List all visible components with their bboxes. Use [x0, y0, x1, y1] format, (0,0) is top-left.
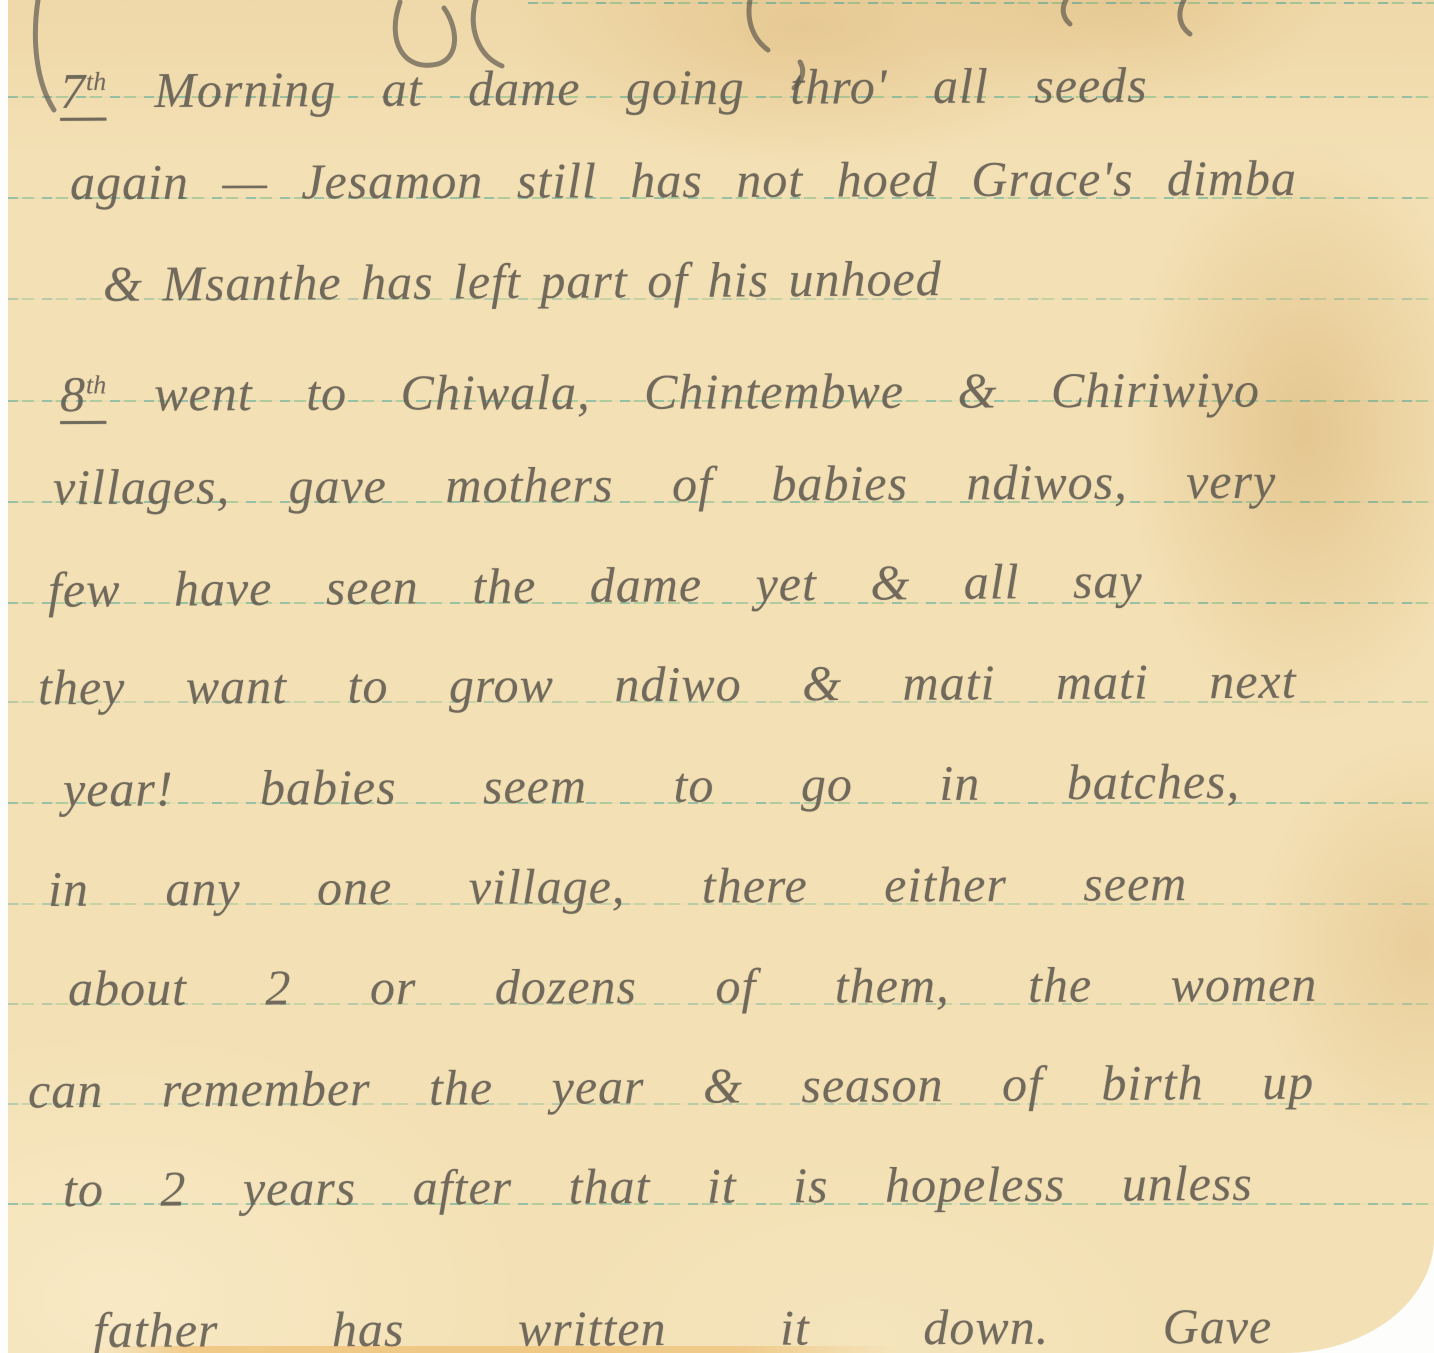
diary-line: villages, gave mothers of babies ndiwos,… — [53, 452, 1276, 516]
diary-line-text: about 2 or dozens of them, the women — [68, 956, 1317, 1016]
diary-line-text: villages, gave mothers of babies ndiwos,… — [53, 453, 1276, 515]
diary-line: to 2 years after that it is hopeless unl… — [63, 1154, 1253, 1218]
diary-line-text: father has written it down. Gave — [93, 1298, 1272, 1353]
diary-line: in any one village, there either seem — [48, 854, 1188, 918]
diary-line-text: went to Chiwala, Chintembwe & Chiriwiyo — [154, 362, 1260, 422]
diary-line: can remember the year & season of birth … — [28, 1053, 1314, 1120]
diary-line-text: year! babies seem to go in batches, — [63, 753, 1240, 817]
diary-line: father has written it down. Gave — [93, 1297, 1272, 1353]
diary-line: about 2 or dozens of them, the women — [68, 955, 1317, 1017]
diary-line: few have seen the dame yet & all say — [48, 551, 1143, 619]
diary-line-text: can remember the year & season of birth … — [28, 1054, 1314, 1119]
day-number: 7th — [60, 62, 107, 118]
diary-line: year! babies seem to go in batches, — [63, 752, 1240, 818]
diary-line: 7thMorning at dame going thro' all seeds — [60, 47, 1148, 119]
notebook-page: 7thMorning at dame going thro' all seeds… — [8, 0, 1434, 1353]
diary-line-text: they want to grow ndiwo & mati mati next — [38, 653, 1297, 716]
diary-line-text: few have seen the dame yet & all say — [48, 552, 1143, 618]
diary-line: & Msanthe has left part of his unhoed — [103, 249, 942, 313]
diary-line-text: Morning at dame going thro' all seeds — [154, 57, 1148, 118]
diary-line: again — Jesamon still has not hoed Grace… — [70, 149, 1297, 211]
diary-line-text: again — Jesamon still has not hoed Grace… — [70, 150, 1297, 210]
day-number: 8th — [60, 366, 106, 422]
under-page-edge — [98, 1346, 898, 1353]
diary-line-text: & Msanthe has left part of his unhoed — [103, 250, 942, 312]
diary-line-text: in any one village, there either seem — [48, 855, 1188, 917]
diary-line: they want to grow ndiwo & mati mati next — [38, 652, 1297, 717]
diary-line-text: to 2 years after that it is hopeless unl… — [63, 1155, 1253, 1217]
diary-line: 8thwent to Chiwala, Chintembwe & Chiriwi… — [60, 352, 1260, 423]
